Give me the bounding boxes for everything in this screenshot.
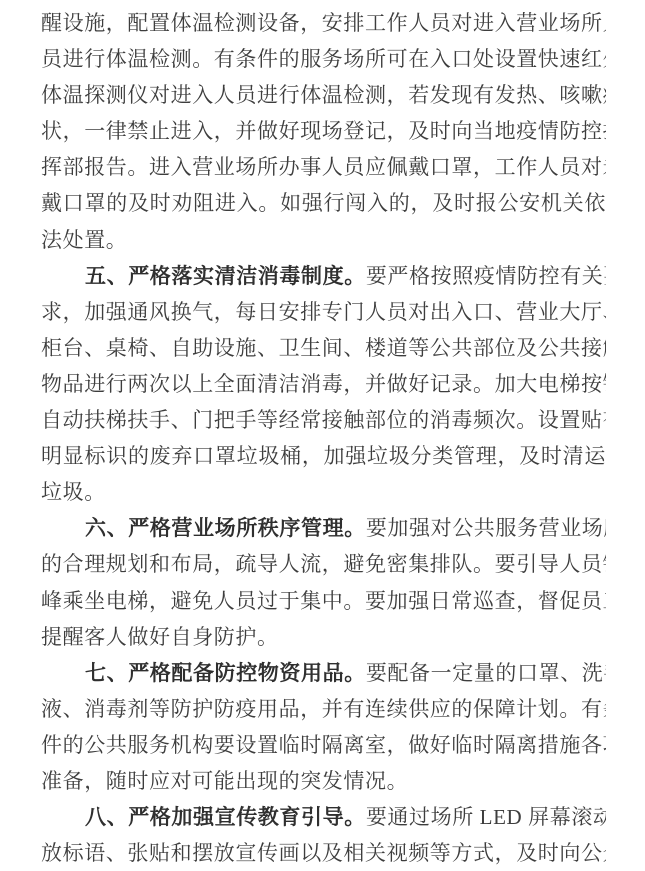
line-text: 状，一律禁止进入，并做好现场登记，及时向当地疫情防控指 bbox=[41, 119, 606, 143]
text-line: 六、严格营业场所秩序管理。要加强对公共服务营业场所 bbox=[41, 510, 606, 546]
text-line: 的合理规划和布局，疏导人流，避免密集排队。要引导人员错 bbox=[41, 546, 606, 582]
text-line: 垃圾。 bbox=[41, 474, 606, 510]
text-line: 件的公共服务机构要设置临时隔离室，做好临时隔离措施各项 bbox=[41, 727, 606, 763]
text-line: 八、严格加强宣传教育引导。要通过场所 LED 屏幕滚动播 bbox=[41, 799, 606, 835]
text-line: 法处置。 bbox=[41, 222, 606, 258]
text-line: 戴口罩的及时劝阻进入。如强行闯入的，及时报公安机关依 bbox=[41, 185, 606, 221]
section-heading: 八、严格加强宣传教育引导。 bbox=[85, 805, 366, 829]
text-line: 醒设施，配置体温检测设备，安排工作人员对进入营业场所人 bbox=[41, 5, 606, 41]
text-line: 提醒客人做好自身防护。 bbox=[41, 619, 606, 655]
line-text: 要配备一定量的口罩、洗手 bbox=[366, 661, 606, 685]
line-text: 自动扶梯扶手、门把手等经常接触部位的消毒频次。设置贴有 bbox=[41, 408, 606, 432]
line-text: 物品进行两次以上全面清洁消毒，并做好记录。加大电梯按钮、 bbox=[41, 372, 606, 396]
line-text: 员进行体温检测。有条件的服务场所可在入口处设置快速红外 bbox=[41, 47, 606, 71]
line-text: 件的公共服务机构要设置临时隔离室，做好临时隔离措施各项 bbox=[41, 733, 606, 757]
line-text: 法处置。 bbox=[41, 228, 127, 252]
text-line: 峰乘坐电梯，避免人员过于集中。要加强日常巡查，督促员工、 bbox=[41, 583, 606, 619]
text-line: 状，一律禁止进入，并做好现场登记，及时向当地疫情防控指 bbox=[41, 113, 606, 149]
section-heading: 五、严格落实清洁消毒制度。 bbox=[85, 264, 366, 288]
text-line: 准备，随时应对可能出现的突发情况。 bbox=[41, 763, 606, 799]
document-page: 醒设施，配置体温检测设备，安排工作人员对进入营业场所人员进行体温检测。有条件的服… bbox=[0, 0, 645, 871]
line-text: 戴口罩的及时劝阻进入。如强行闯入的，及时报公安机关依 bbox=[41, 191, 606, 215]
line-text: 液、消毒剂等防护防疫用品，并有连续供应的保障计划。有条 bbox=[41, 697, 606, 721]
document-text: 醒设施，配置体温检测设备，安排工作人员对进入营业场所人员进行体温检测。有条件的服… bbox=[41, 5, 606, 871]
text-line: 自动扶梯扶手、门把手等经常接触部位的消毒频次。设置贴有 bbox=[41, 402, 606, 438]
line-text: 体温探测仪对进入人员进行体温检测，若发现有发热、咳嗽症 bbox=[41, 83, 606, 107]
line-text: 垃圾。 bbox=[41, 480, 106, 504]
line-text: 准备，随时应对可能出现的突发情况。 bbox=[41, 769, 408, 793]
text-line: 物品进行两次以上全面清洁消毒，并做好记录。加大电梯按钮、 bbox=[41, 366, 606, 402]
text-line: 明显标识的废弃口罩垃圾桶，加强垃圾分类管理，及时清运 bbox=[41, 438, 606, 474]
line-text: 的合理规划和布局，疏导人流，避免密集排队。要引导人员错 bbox=[41, 552, 606, 576]
text-line: 员进行体温检测。有条件的服务场所可在入口处设置快速红外 bbox=[41, 41, 606, 77]
text-line: 放标语、张贴和摆放宣传画以及相关视频等方式，及时向公众 bbox=[41, 835, 606, 871]
line-text: 要通过场所 LED 屏幕滚动播 bbox=[366, 805, 606, 829]
text-line: 挥部报告。进入营业场所办事人员应佩戴口罩，工作人员对未 bbox=[41, 149, 606, 185]
line-text: 柜台、桌椅、自助设施、卫生间、楼道等公共部位及公共接触 bbox=[41, 336, 606, 360]
section-heading: 六、严格营业场所秩序管理。 bbox=[85, 516, 366, 540]
line-text: 要加强对公共服务营业场所 bbox=[366, 516, 606, 540]
text-line: 求，加强通风换气，每日安排专门人员对出入口、营业大厅、 bbox=[41, 294, 606, 330]
line-text: 峰乘坐电梯，避免人员过于集中。要加强日常巡查，督促员工、 bbox=[41, 589, 606, 613]
section-heading: 七、严格配备防控物资用品。 bbox=[85, 661, 366, 685]
line-text: 提醒客人做好自身防护。 bbox=[41, 625, 279, 649]
line-text: 放标语、张贴和摆放宣传画以及相关视频等方式，及时向公众 bbox=[41, 841, 606, 865]
line-text: 求，加强通风换气，每日安排专门人员对出入口、营业大厅、 bbox=[41, 300, 606, 324]
line-text: 醒设施，配置体温检测设备，安排工作人员对进入营业场所人 bbox=[41, 11, 606, 35]
text-line: 五、严格落实清洁消毒制度。要严格按照疫情防控有关要 bbox=[41, 258, 606, 294]
text-line: 液、消毒剂等防护防疫用品，并有连续供应的保障计划。有条 bbox=[41, 691, 606, 727]
line-text: 挥部报告。进入营业场所办事人员应佩戴口罩，工作人员对未 bbox=[41, 155, 606, 179]
text-line: 七、严格配备防控物资用品。要配备一定量的口罩、洗手 bbox=[41, 655, 606, 691]
line-text: 明显标识的废弃口罩垃圾桶，加强垃圾分类管理，及时清运 bbox=[41, 444, 606, 468]
text-line: 体温探测仪对进入人员进行体温检测，若发现有发热、咳嗽症 bbox=[41, 77, 606, 113]
line-text: 要严格按照疫情防控有关要 bbox=[366, 264, 606, 288]
text-line: 柜台、桌椅、自助设施、卫生间、楼道等公共部位及公共接触 bbox=[41, 330, 606, 366]
